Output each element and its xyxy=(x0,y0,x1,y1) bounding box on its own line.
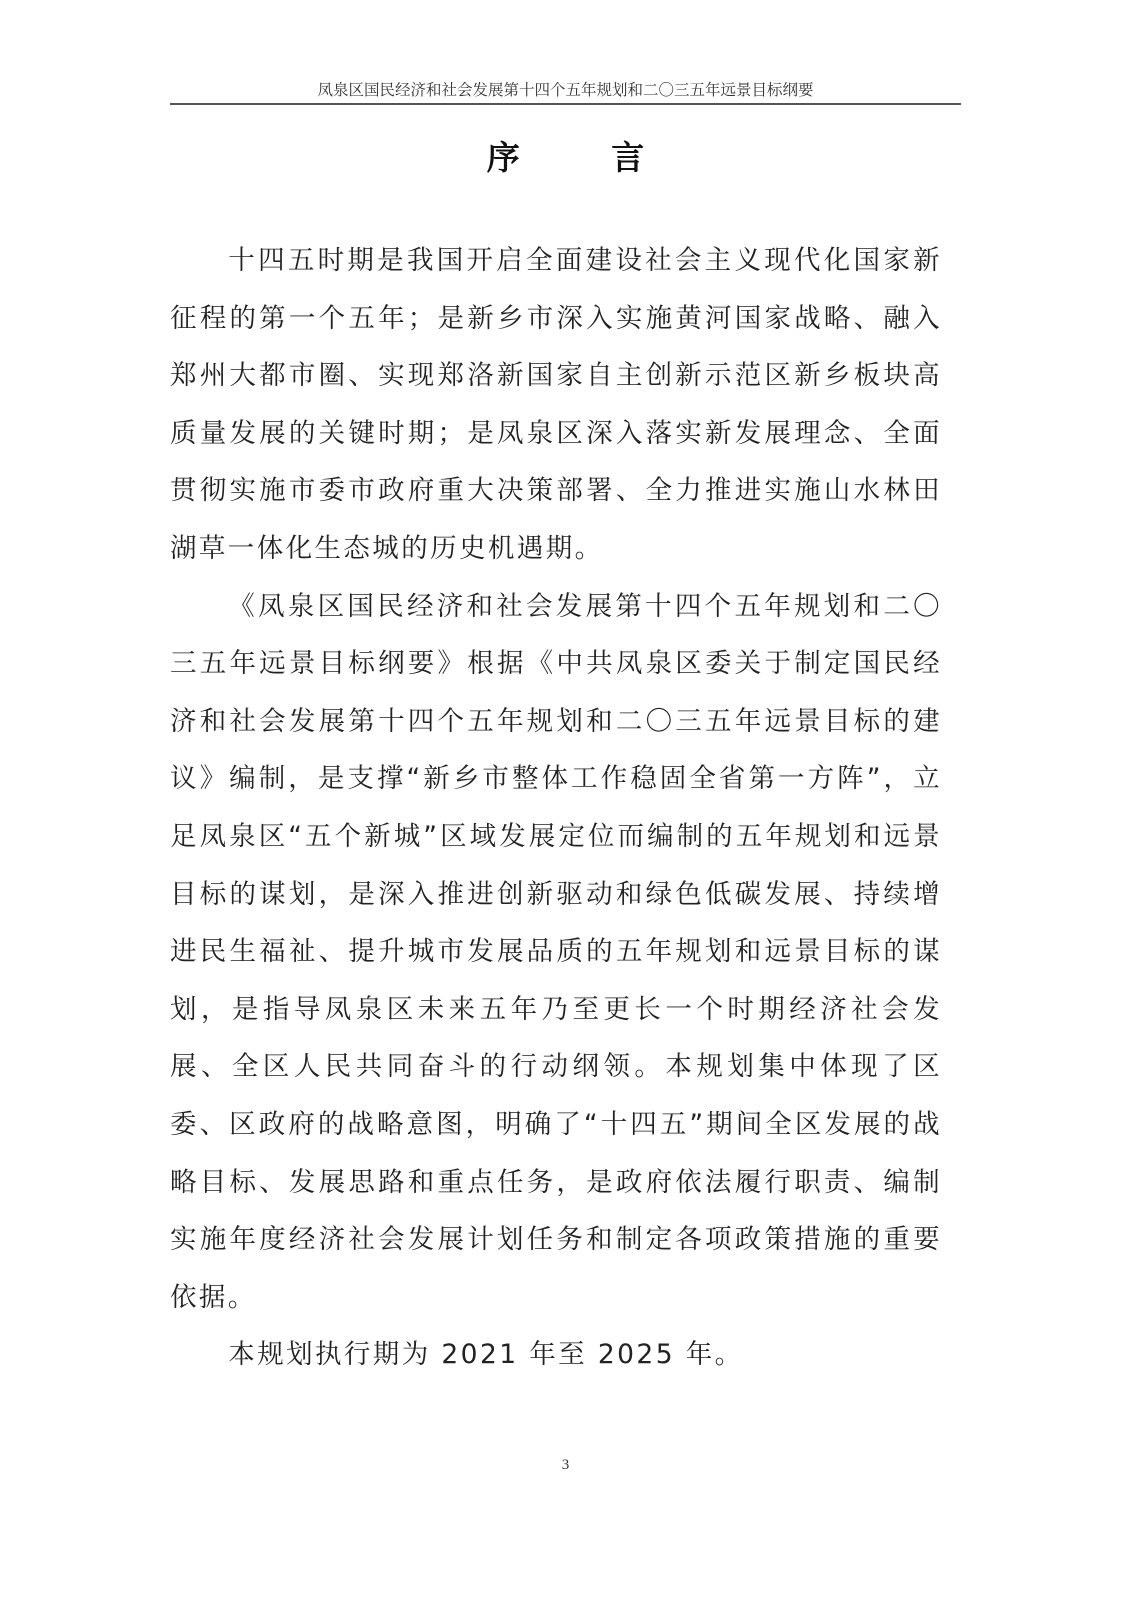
page-number: 3 xyxy=(0,1457,1131,1474)
page-title: 序 言 xyxy=(170,132,961,179)
header-rule xyxy=(170,103,961,105)
paragraph-1: 十四五时期是我国开启全面建设社会主义现代化国家新征程的第一个五年；是新乡市深入实… xyxy=(170,232,942,578)
body-text: 十四五时期是我国开启全面建设社会主义现代化国家新征程的第一个五年；是新乡市深入实… xyxy=(170,232,942,1384)
paragraph-3: 本规划执行期为 2021 年至 2025 年。 xyxy=(170,1326,942,1384)
running-header: 凤泉区国民经济和社会发展第十四个五年规划和二〇三五年远景目标纲要 xyxy=(170,78,961,100)
paragraph-2: 《凤泉区国民经济和社会发展第十四个五年规划和二〇三五年远景目标纲要》根据《中共凤… xyxy=(170,578,942,1327)
